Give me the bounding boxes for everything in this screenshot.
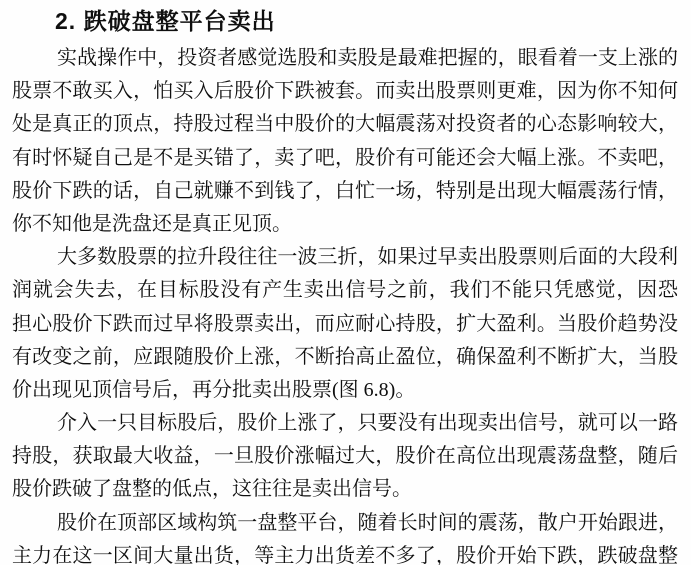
text-line: 股票不敢买入，怕买入后股价下跌被套。而卖出股票则更难，因为你不知何 <box>12 75 678 108</box>
paragraph-2: 大多数股票的拉升段往往一波三折，如果过早卖出股票则后面的大段利 润就会失去，在目… <box>12 241 678 407</box>
text-line: 股价在顶部区域构筑一盘整平台，随着长时间的震荡，散户开始跟进， <box>12 507 678 540</box>
section-heading: 2. 跌破盘整平台卖出 <box>0 6 691 36</box>
text-line: 介入一只目标股后，股价上涨了，只要没有出现卖出信号，就可以一路 <box>12 407 678 440</box>
body-text: 实战操作中，投资者感觉选股和卖股是最难把握的，眼看着一支上涨的 股票不敢买入，怕… <box>0 42 691 565</box>
text-line: 担心股价下跌而过早将股票卖出，而应耐心持股，扩大盈利。当股价趋势没 <box>12 308 678 341</box>
paragraph-4: 股价在顶部区域构筑一盘整平台，随着长时间的震荡，散户开始跟进， 主力在这一区间大… <box>12 507 678 565</box>
paragraph-3: 介入一只目标股后，股价上涨了，只要没有出现卖出信号，就可以一路 持股，获取最大收… <box>12 407 678 507</box>
text-line: 有时怀疑自己是不是买错了，卖了吧，股价有可能还会大幅上涨。不卖吧， <box>12 142 678 175</box>
text-line: 处是真正的顶点，持股过程当中股价的大幅震荡对投资者的心态影响较大， <box>12 108 678 141</box>
book-page: 2. 跌破盘整平台卖出 实战操作中，投资者感觉选股和卖股是最难把握的，眼看着一支… <box>0 0 691 565</box>
text-line: 你不知他是洗盘还是真正见顶。 <box>12 208 678 241</box>
paragraph-1: 实战操作中，投资者感觉选股和卖股是最难把握的，眼看着一支上涨的 股票不敢买入，怕… <box>12 42 678 241</box>
text-line: 实战操作中，投资者感觉选股和卖股是最难把握的，眼看着一支上涨的 <box>12 42 678 75</box>
text-line: 润就会失去，在目标股没有产生卖出信号之前，我们不能只凭感觉，因恐惧、 <box>12 274 678 307</box>
text-line: 大多数股票的拉升段往往一波三折，如果过早卖出股票则后面的大段利 <box>12 241 678 274</box>
text-line: 股价下跌的话，自己就赚不到钱了，白忙一场，特别是出现大幅震荡行情， <box>12 175 678 208</box>
text-line: 主力在这一区间大量出货，等主力出货差不多了，股价开始下跌，跌破盘整 <box>12 540 678 565</box>
text-line: 持股，获取最大收益，一旦股价涨幅过大，股价在高位出现震荡盘整，随后 <box>12 440 678 473</box>
text-line: 价出现见顶信号后，再分批卖出股票(图 6.8)。 <box>12 374 678 407</box>
text-line: 有改变之前，应跟随股价上涨，不断抬高止盈位，确保盈利不断扩大，当股 <box>12 341 678 374</box>
text-line: 股价跌破了盘整的低点，这往往是卖出信号。 <box>12 473 678 506</box>
